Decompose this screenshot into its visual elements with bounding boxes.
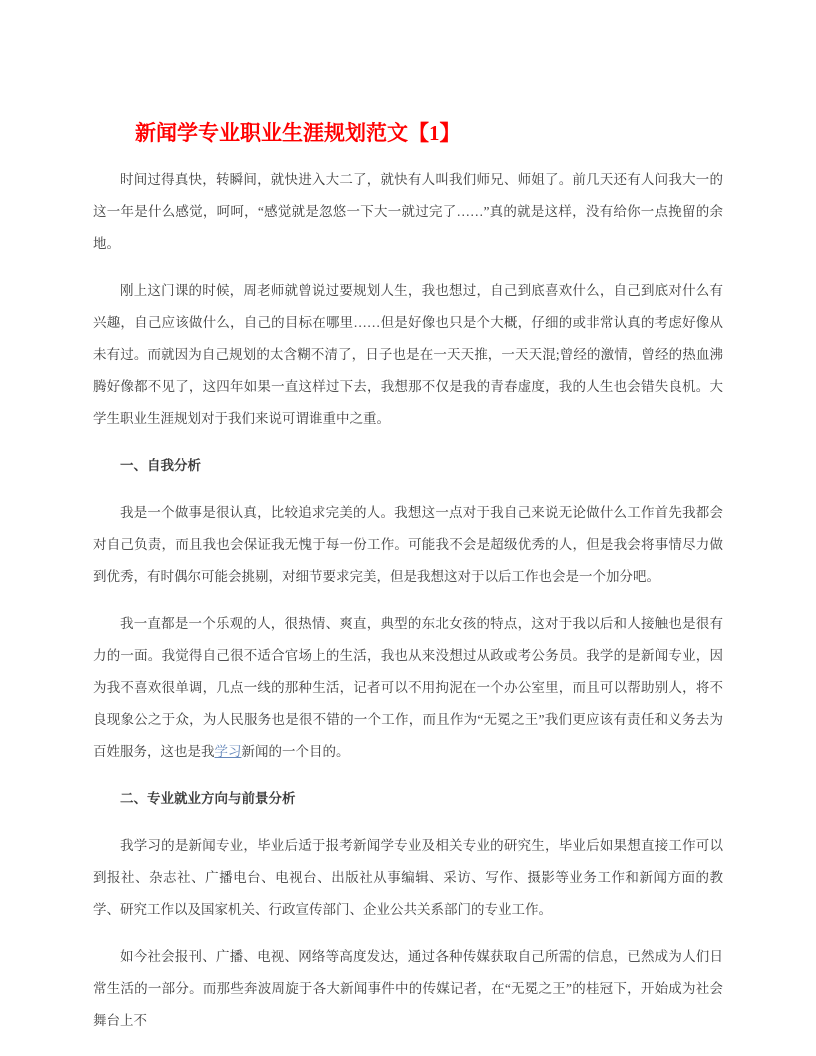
section-heading-self-analysis: 一、自我分析 xyxy=(93,450,723,482)
study-link[interactable]: 学习 xyxy=(215,744,242,759)
page-title-text: 新闻学专业职业生涯规划范文【1】 xyxy=(135,121,461,145)
paragraph-intro-time: 时间过得真快，转瞬间，就快进入大二了，就快有人叫我们师兄、师姐了。前几天还有人问… xyxy=(93,164,723,260)
section-heading-career-prospects: 二、专业就业方向与前景分析 xyxy=(93,783,723,815)
document-page: 新闻学专业职业生涯规划范文【1】 时间过得真快，转瞬间，就快进入大二了，就快有人… xyxy=(0,0,816,1056)
paragraph-text-before-link: 我一直都是一个乐观的人，很热情、爽直，典型的东北女孩的特点，这对于我以后和人接触… xyxy=(93,616,723,759)
paragraph-self-serious: 我是一个做事是很认真，比较追求完美的人。我想这一点对于我自己来说无论做什么工作首… xyxy=(93,497,723,593)
paragraph-media-society: 如今社会报刊、广播、电视、网络等高度发达，通过各种传媒获取自己所需的信息，已然成… xyxy=(93,941,723,1037)
paragraph-text-after-link: 新闻的一个目的。 xyxy=(242,744,350,759)
paragraph-optimistic-with-link: 我一直都是一个乐观的人，很热情、爽直，典型的东北女孩的特点，这对于我以后和人接触… xyxy=(93,608,723,768)
paragraph-course-reflection: 刚上这门课的时候，周老师就曾说过要规划人生，我也想过，自己到底喜欢什么，自己到底… xyxy=(93,275,723,435)
page-title: 新闻学专业职业生涯规划范文【1】 xyxy=(93,118,723,148)
paragraph-career-options: 我学习的是新闻专业，毕业后适于报考新闻学专业及相关专业的研究生，毕业后如果想直接… xyxy=(93,830,723,926)
